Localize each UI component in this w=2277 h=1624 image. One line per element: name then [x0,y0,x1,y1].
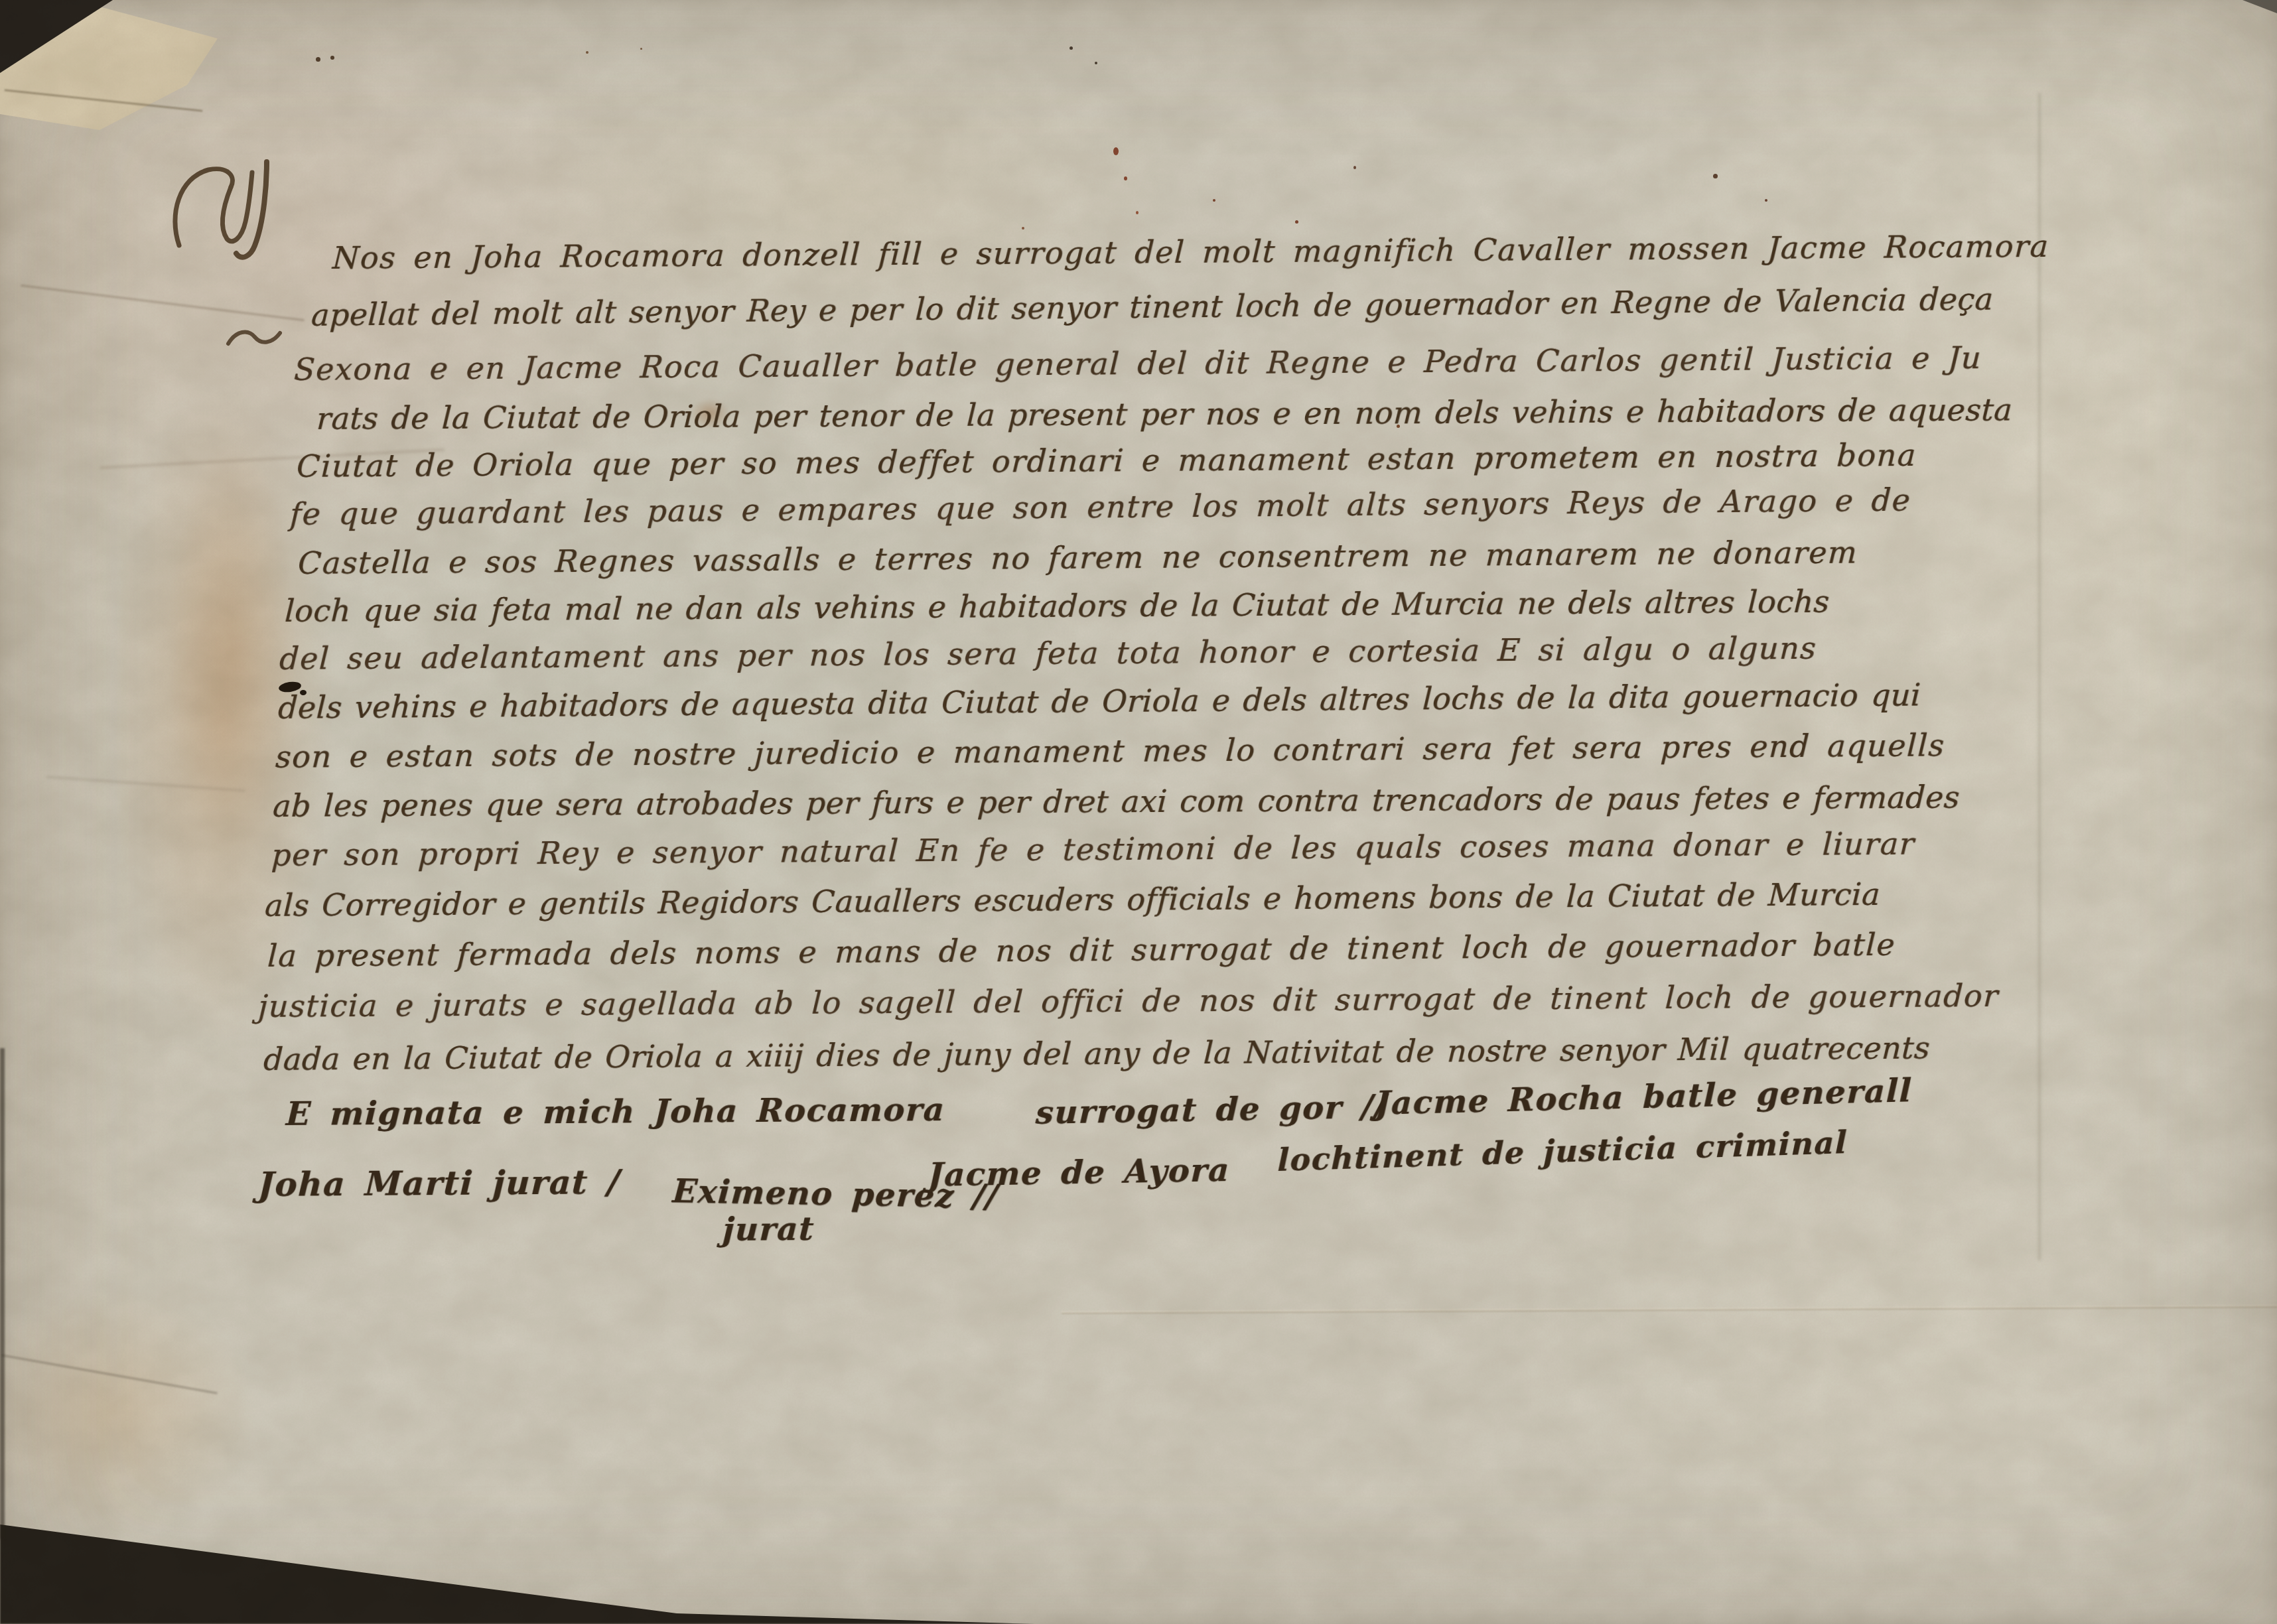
ink-dot [1069,46,1073,50]
manuscript-line: per son propri Rey e senyor natural En f… [271,826,1916,873]
ink-speck [1295,220,1298,224]
crease-line [2038,93,2041,1260]
manuscript-line: del seu adelantament ans per nos los ser… [279,630,1818,677]
crease-line [46,776,245,792]
manuscript-line: Ciutat de Oriola que per so mes deffet o… [296,437,1917,484]
signature-batle: Jacme Rocha batle generall [1375,1072,1913,1122]
manuscript-line: apellat del molt alt senyor Rey e per lo… [310,281,1994,333]
scanner-edge-left [0,1048,5,1539]
crease-line [1,1354,218,1394]
signature-lochtinent: lochtinent de justicia criminal [1277,1124,1848,1178]
manuscript-line: la present fermada dels noms e mans de n… [267,927,1896,974]
lead-in-squiggle-icon [226,326,292,350]
ink-speck [1022,227,1024,230]
ink-dot [1095,62,1097,64]
crease-line [21,285,304,321]
ink-dot [586,51,588,54]
signature-jurat-sub: jurat [722,1211,815,1249]
ink-dot [640,48,642,50]
initial-flourish-icon [167,158,300,274]
manuscript-line: fe que guardant les paus e empares que s… [289,482,1912,532]
signature-jurat: Joha Marti jurat / [257,1162,622,1204]
ink-speck [1765,199,1767,202]
ink-speck [1213,199,1215,202]
ink-dot [330,56,334,60]
ink-speck [1124,176,1127,180]
parchment-page: Nos en Joha Rocamora donzell fill e surr… [0,0,2277,1624]
signature-ayora: Jacme de Ayora [928,1152,1231,1194]
manuscript-line: dels vehins e habitadors de aquesta dita… [277,677,1921,726]
manuscript-line: Nos en Joha Rocamora donzell fill e surr… [332,228,2050,276]
scanned-manuscript: Nos en Joha Rocamora donzell fill e surr… [0,0,2277,1624]
manuscript-line: rats de la Ciutat de Oriola per tenor de… [316,392,2013,437]
manuscript-line: als Corregidor e gentils Regidors Cauall… [264,876,1881,923]
crease-line [1062,1305,2277,1314]
ink-dot [316,57,320,62]
manuscript-line: justicia e jurats e sagellada ab lo sage… [257,978,2000,1024]
ink-speck [1353,166,1356,169]
manuscript-line: loch que sia feta mal ne dan als vehins … [284,584,1830,629]
signature-surrogat: surrogat de gor // [1035,1089,1387,1132]
manuscript-line: dada en la Ciutat de Oriola a xiiij dies… [263,1030,1931,1077]
ink-speck [1136,211,1138,214]
ink-speck [1113,147,1119,155]
ink-speck [1713,174,1718,178]
manuscript-line: ab les penes que sera atrobades per furs… [272,779,1961,824]
signature-note: E mignata e mich Joha Rocamora [285,1091,946,1133]
manuscript-line: son e estan sots de nostre juredicio e m… [275,727,1946,775]
manuscript-line: Sexona e en Jacme Roca Caualler batle ge… [293,340,1982,387]
manuscript-line: Castella e sos Regnes vassalls e terres … [297,535,1858,581]
